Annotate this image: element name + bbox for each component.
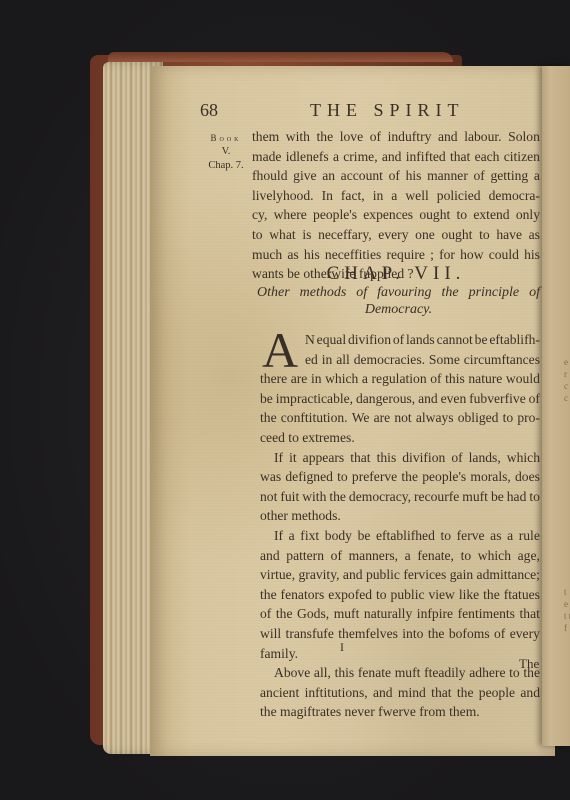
subtitle-word: the xyxy=(442,284,459,301)
text-line: ceed to extremes. xyxy=(260,428,540,448)
subtitle-word: of xyxy=(529,284,540,301)
text-line: Aboveall,thisfenatemuftfteadilyadheretot… xyxy=(260,663,540,683)
running-head: 68 THE SPIRIT xyxy=(200,100,540,124)
text-line: theconftitution.Wearenotalwaysobligedtop… xyxy=(260,408,540,428)
text-line: madeidlenefsacrime,andinfiftedthateachci… xyxy=(252,147,540,167)
text-line: towhatisneceffary,everyoneoughttohaveas xyxy=(252,225,540,245)
catchword: The xyxy=(519,656,539,672)
facing-page-edge: e r c c t e t t f xyxy=(542,66,570,746)
text-line: themwiththeloveofinduftryandlabour.Solon xyxy=(252,127,540,147)
subtitle-word: of xyxy=(356,284,367,301)
text-line: Nequaldivifionoflandscannotbeeftablifh- xyxy=(260,330,540,350)
text-line: muchashisneceffitiesrequire;forhowcouldh… xyxy=(252,245,540,265)
text-line: ancientinftitutions,andmindthatthepeople… xyxy=(260,683,540,703)
running-title: THE SPIRIT xyxy=(310,100,465,121)
subtitle-word: principle xyxy=(469,284,520,301)
text-line: livelyhood.Infact,inawellpolicieddemocra… xyxy=(252,186,540,206)
text-line: beimpracticable,dangerous,andevenfubverf… xyxy=(260,389,540,409)
text-line: the magiftrates never fwerve from them. xyxy=(260,702,540,722)
margin-note-book-number: V. xyxy=(200,145,252,159)
margin-note-chapter: Chap. 7. xyxy=(200,159,252,173)
chapter-heading: CHAP. VII. xyxy=(252,263,540,285)
chapter-body: Nequaldivifionoflandscannotbeeftablifh- … xyxy=(260,330,540,722)
subtitle-line-2: Democracy. xyxy=(257,301,540,318)
signature-mark: I xyxy=(340,640,344,655)
margin-note: Book V. Chap. 7. xyxy=(200,131,252,173)
subtitle-word: favouring xyxy=(377,284,431,301)
page-number: 68 xyxy=(200,100,218,121)
subtitle-word: methods xyxy=(300,284,347,301)
text-line: cy,wherepeople'sexpencesoughttoextendonl… xyxy=(252,205,540,225)
text-line: fhouldgiveanaccountofhismannerofgettinga xyxy=(252,166,540,186)
text-line: willtransfufethemfelvesintothebofomsofev… xyxy=(260,624,540,644)
text-line: oftheGods,muftnaturallyinfpirefentiments… xyxy=(260,604,540,624)
text-line: virtue,gravity,andpublicfervicesgainadmi… xyxy=(260,565,540,585)
text-line: edinalldemocracies.Somecircumftances xyxy=(260,350,540,370)
chapter-subtitle: Other methods of favouring the principle… xyxy=(257,284,540,318)
text-line: Ifitappearsthatthisdivifionoflands,which xyxy=(260,448,540,468)
text-line: wasdefignedtoprefervethepeople'smorals,d… xyxy=(260,467,540,487)
text-line: thereareinwhicharegulationofthisnaturewo… xyxy=(260,369,540,389)
opening-paragraph: themwiththeloveofinduftryandlabour.Solon… xyxy=(252,127,540,284)
cover-top-edge xyxy=(108,52,453,62)
subtitle-word: Other xyxy=(257,284,290,301)
margin-note-book: Book xyxy=(200,131,252,145)
text-line: thefenatorsexpofedtopublicviewlikethefta… xyxy=(260,585,540,605)
text-line: andpatternofmanners,afenate,towhichage, xyxy=(260,546,540,566)
text-line: Ifafixtbodybeeftablifhedtoferveasarule xyxy=(260,526,540,546)
text-line: other methods. xyxy=(260,506,540,526)
text-line: notfuitwiththedemocracy,recourfemuftbeha… xyxy=(260,487,540,507)
text-line: family. xyxy=(260,644,540,664)
